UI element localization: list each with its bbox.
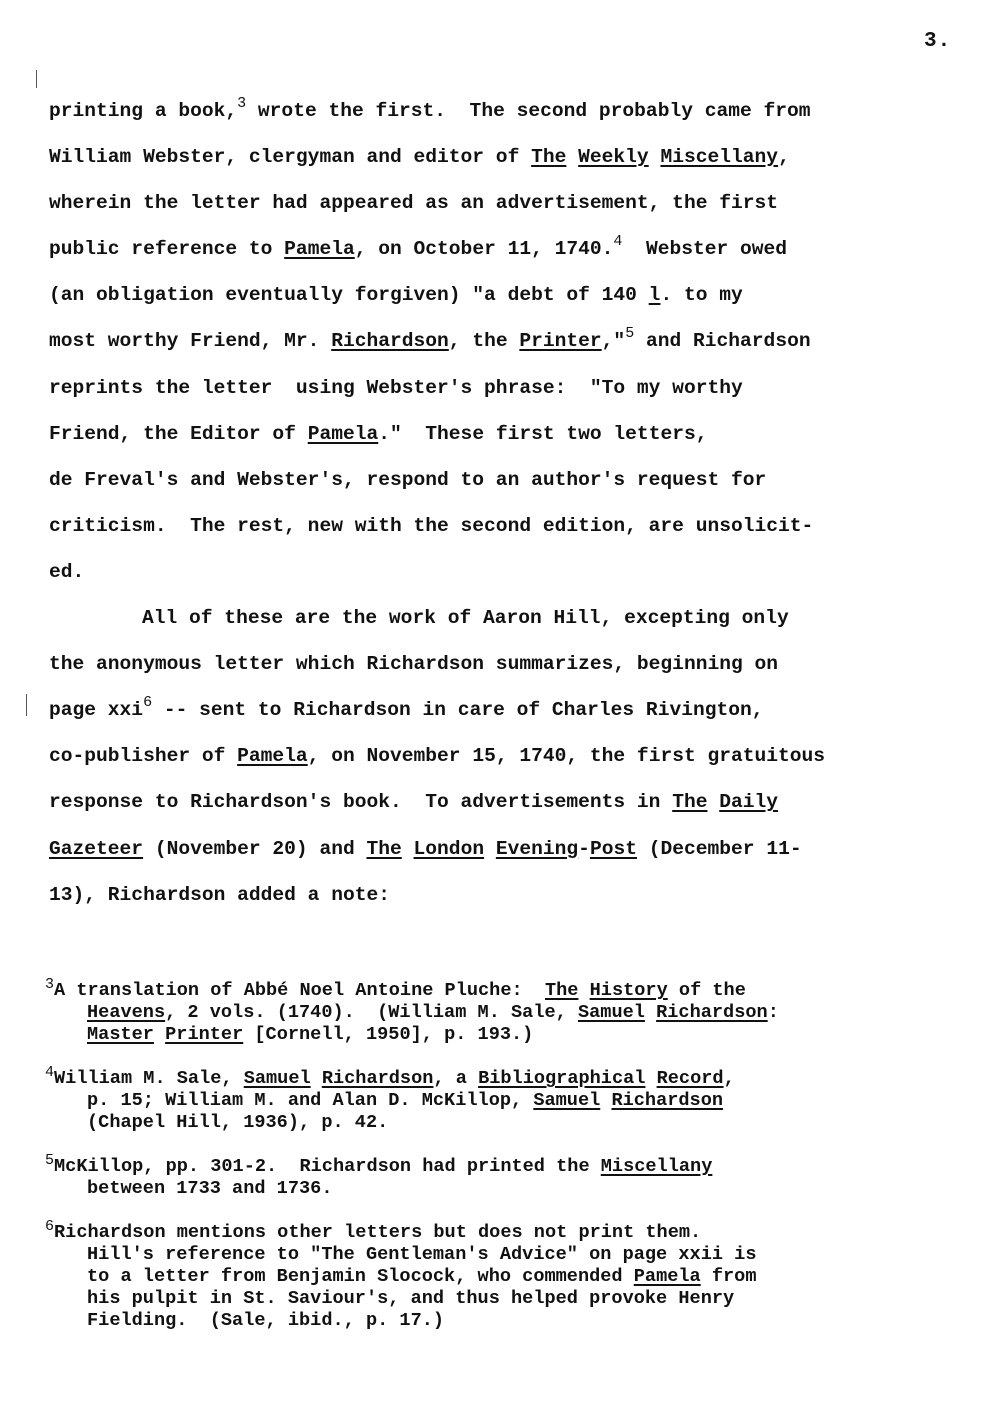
text-run bbox=[402, 838, 414, 860]
underlined-title: Richardson bbox=[322, 1068, 434, 1089]
text-run bbox=[649, 146, 661, 168]
underlined-title: London bbox=[414, 838, 485, 860]
text-run: de Freval's and Webster's, respond to an… bbox=[49, 469, 766, 491]
text-run: public reference to bbox=[49, 238, 284, 260]
text-line: reprints the letter using Webster's phra… bbox=[49, 365, 969, 411]
underlined-title: History bbox=[590, 980, 668, 1001]
text-run: (December 11- bbox=[637, 838, 802, 860]
underlined-title: Pamela bbox=[284, 238, 355, 260]
text-run: William M. Sale, bbox=[54, 1068, 244, 1089]
underlined-title: Pamela bbox=[308, 423, 379, 445]
footnote-line: 6Richardson mentions other letters but d… bbox=[45, 1222, 975, 1244]
text-run: criticism. The rest, new with the second… bbox=[49, 515, 813, 537]
text-line: Gazeteer (November 20) and The London Ev… bbox=[49, 826, 969, 872]
text-line: 13), Richardson added a note: bbox=[49, 872, 969, 918]
text-run: Friend, the Editor of bbox=[49, 423, 308, 445]
text-run: ." These first two letters, bbox=[378, 423, 707, 445]
footnote-line: his pulpit in St. Saviour's, and thus he… bbox=[45, 1288, 975, 1310]
underlined-title: Heavens bbox=[87, 1002, 165, 1023]
footnote-line: Hill's reference to "The Gentleman's Adv… bbox=[45, 1244, 975, 1266]
underlined-title: Samuel bbox=[533, 1090, 600, 1111]
text-line: William Webster, clergyman and editor of… bbox=[49, 134, 969, 180]
text-line: Friend, the Editor of Pamela." These fir… bbox=[49, 411, 969, 457]
underlined-title: The bbox=[545, 980, 578, 1001]
text-run bbox=[154, 1024, 165, 1045]
text-run: p. 15; William M. and Alan D. McKillop, bbox=[87, 1090, 533, 1111]
footnote-line: (Chapel Hill, 1936), p. 42. bbox=[45, 1112, 975, 1134]
footnote-4: 4William M. Sale, Samuel Richardson, a B… bbox=[45, 1068, 975, 1134]
footnote-ref: 5 bbox=[625, 325, 634, 342]
footnote-number: 5 bbox=[45, 1152, 54, 1169]
underlined-title: Master bbox=[87, 1024, 154, 1045]
text-line: most worthy Friend, Mr. Richardson, the … bbox=[49, 318, 969, 364]
text-run bbox=[645, 1068, 656, 1089]
underlined-title: Samuel bbox=[578, 1002, 645, 1023]
underlined-title: l bbox=[649, 284, 661, 306]
text-run: , bbox=[778, 146, 790, 168]
margin-mark bbox=[36, 70, 37, 88]
text-run bbox=[484, 838, 496, 860]
text-run: co-publisher of bbox=[49, 745, 237, 767]
text-run: All of these are the work of Aaron Hill,… bbox=[142, 607, 789, 629]
text-line: printing a book,3 wrote the first. The s… bbox=[49, 88, 969, 134]
footnote-line: p. 15; William M. and Alan D. McKillop, … bbox=[45, 1090, 975, 1112]
body-text: printing a book,3 wrote the first. The s… bbox=[49, 88, 969, 918]
underlined-title: Richardson bbox=[656, 1002, 768, 1023]
text-run: reprints the letter using Webster's phra… bbox=[49, 377, 743, 399]
margin-mark bbox=[26, 694, 27, 716]
underlined-title: The bbox=[672, 791, 707, 813]
footnote-6: 6Richardson mentions other letters but d… bbox=[45, 1222, 975, 1332]
footnotes: 3A translation of Abbé Noel Antoine Pluc… bbox=[45, 980, 975, 1354]
text-run: and Richardson bbox=[634, 330, 810, 352]
footnote-line: 3A translation of Abbé Noel Antoine Pluc… bbox=[45, 980, 975, 1002]
text-line: response to Richardson's book. To advert… bbox=[49, 779, 969, 825]
text-run: wherein the letter had appeared as an ad… bbox=[49, 192, 778, 214]
text-run: wrote the first. The second probably cam… bbox=[246, 100, 810, 122]
text-run: , on October 11, 1740. bbox=[355, 238, 614, 260]
text-line: ed. bbox=[49, 549, 969, 595]
underlined-title: Weekly bbox=[578, 146, 649, 168]
text-line: (an obligation eventually forgiven) "a d… bbox=[49, 272, 969, 318]
underlined-title: The bbox=[366, 838, 401, 860]
page-number: 3. bbox=[924, 30, 951, 53]
footnote-line: Master Printer [Cornell, 1950], p. 193.) bbox=[45, 1024, 975, 1046]
underlined-title: Printer bbox=[519, 330, 601, 352]
text-run: : bbox=[768, 1002, 779, 1023]
footnote-line: to a letter from Benjamin Slocock, who c… bbox=[45, 1266, 975, 1288]
text-run bbox=[707, 791, 719, 813]
underlined-title: Evening bbox=[496, 838, 578, 860]
underlined-title: Miscellany bbox=[601, 1156, 713, 1177]
text-run bbox=[311, 1068, 322, 1089]
text-run: response to Richardson's book. To advert… bbox=[49, 791, 672, 813]
text-line: co-publisher of Pamela, on November 15, … bbox=[49, 733, 969, 779]
text-run: -- sent to Richardson in care of Charles… bbox=[152, 699, 763, 721]
underlined-title: Printer bbox=[165, 1024, 243, 1045]
underlined-title: Daily bbox=[719, 791, 778, 813]
text-run: Hill's reference to "The Gentleman's Adv… bbox=[87, 1244, 756, 1265]
text-run: the anonymous letter which Richardson su… bbox=[49, 653, 778, 675]
footnote-5: 5McKillop, pp. 301-2. Richardson had pri… bbox=[45, 1156, 975, 1200]
text-run: printing a book, bbox=[49, 100, 237, 122]
footnote-line: 5McKillop, pp. 301-2. Richardson had pri… bbox=[45, 1156, 975, 1178]
underlined-title: The bbox=[531, 146, 566, 168]
text-run bbox=[645, 1002, 656, 1023]
underlined-title: Record bbox=[657, 1068, 724, 1089]
text-line: de Freval's and Webster's, respond to an… bbox=[49, 457, 969, 503]
text-run: . to my bbox=[660, 284, 742, 306]
text-line: public reference to Pamela, on October 1… bbox=[49, 226, 969, 272]
text-line: page xxi6 -- sent to Richardson in care … bbox=[49, 687, 969, 733]
text-run: Fielding. (Sale, ibid., p. 17.) bbox=[87, 1310, 444, 1331]
text-run: , on November 15, 1740, the first gratui… bbox=[308, 745, 825, 767]
text-run: McKillop, pp. 301-2. Richardson had prin… bbox=[54, 1156, 601, 1177]
footnote-line: Heavens, 2 vols. (1740). (William M. Sal… bbox=[45, 1002, 975, 1024]
text-run: - bbox=[578, 838, 590, 860]
text-run: (an obligation eventually forgiven) "a d… bbox=[49, 284, 649, 306]
text-line: the anonymous letter which Richardson su… bbox=[49, 641, 969, 687]
text-run: Richardson mentions other letters but do… bbox=[54, 1222, 701, 1243]
footnote-number: 3 bbox=[45, 976, 54, 993]
underlined-title: Pamela bbox=[634, 1266, 701, 1287]
text-run bbox=[600, 1090, 611, 1111]
text-run: Webster owed bbox=[622, 238, 787, 260]
text-run: 13), Richardson added a note: bbox=[49, 884, 390, 906]
underlined-title: Miscellany bbox=[660, 146, 778, 168]
text-run: ," bbox=[602, 330, 626, 352]
underlined-title: Gazeteer bbox=[49, 838, 143, 860]
text-run: to a letter from Benjamin Slocock, who c… bbox=[87, 1266, 634, 1287]
text-run: [Cornell, 1950], p. 193.) bbox=[243, 1024, 533, 1045]
text-run: most worthy Friend, Mr. bbox=[49, 330, 331, 352]
text-run: A translation of Abbé Noel Antoine Pluch… bbox=[54, 980, 545, 1001]
text-run: between 1733 and 1736. bbox=[87, 1178, 332, 1199]
footnote-line: 4William M. Sale, Samuel Richardson, a B… bbox=[45, 1068, 975, 1090]
footnote-ref: 3 bbox=[237, 95, 246, 112]
text-run: of the bbox=[668, 980, 746, 1001]
footnote-number: 4 bbox=[45, 1064, 54, 1081]
text-run: William Webster, clergyman and editor of bbox=[49, 146, 531, 168]
footnote-ref: 6 bbox=[143, 694, 152, 711]
underlined-title: Pamela bbox=[237, 745, 308, 767]
text-run: (November 20) and bbox=[143, 838, 366, 860]
text-run bbox=[578, 980, 589, 1001]
text-line: All of these are the work of Aaron Hill,… bbox=[49, 595, 969, 641]
text-run: , 2 vols. (1740). (William M. Sale, bbox=[165, 1002, 578, 1023]
underlined-title: Richardson bbox=[331, 330, 449, 352]
footnote-3: 3A translation of Abbé Noel Antoine Pluc… bbox=[45, 980, 975, 1046]
underlined-title: Bibliographical bbox=[478, 1068, 645, 1089]
footnote-line: Fielding. (Sale, ibid., p. 17.) bbox=[45, 1310, 975, 1332]
text-run: (Chapel Hill, 1936), p. 42. bbox=[87, 1112, 388, 1133]
footnote-line: between 1733 and 1736. bbox=[45, 1178, 975, 1200]
text-run: from bbox=[701, 1266, 757, 1287]
text-run: , a bbox=[433, 1068, 478, 1089]
text-line: wherein the letter had appeared as an ad… bbox=[49, 180, 969, 226]
text-run: his pulpit in St. Saviour's, and thus he… bbox=[87, 1288, 734, 1309]
underlined-title: Post bbox=[590, 838, 637, 860]
text-line: criticism. The rest, new with the second… bbox=[49, 503, 969, 549]
underlined-title: Samuel bbox=[244, 1068, 311, 1089]
text-run: , the bbox=[449, 330, 520, 352]
footnote-number: 6 bbox=[45, 1218, 54, 1235]
text-run bbox=[566, 146, 578, 168]
text-run: page xxi bbox=[49, 699, 143, 721]
text-run: , bbox=[724, 1068, 735, 1089]
underlined-title: Richardson bbox=[611, 1090, 723, 1111]
text-run: ed. bbox=[49, 561, 84, 583]
